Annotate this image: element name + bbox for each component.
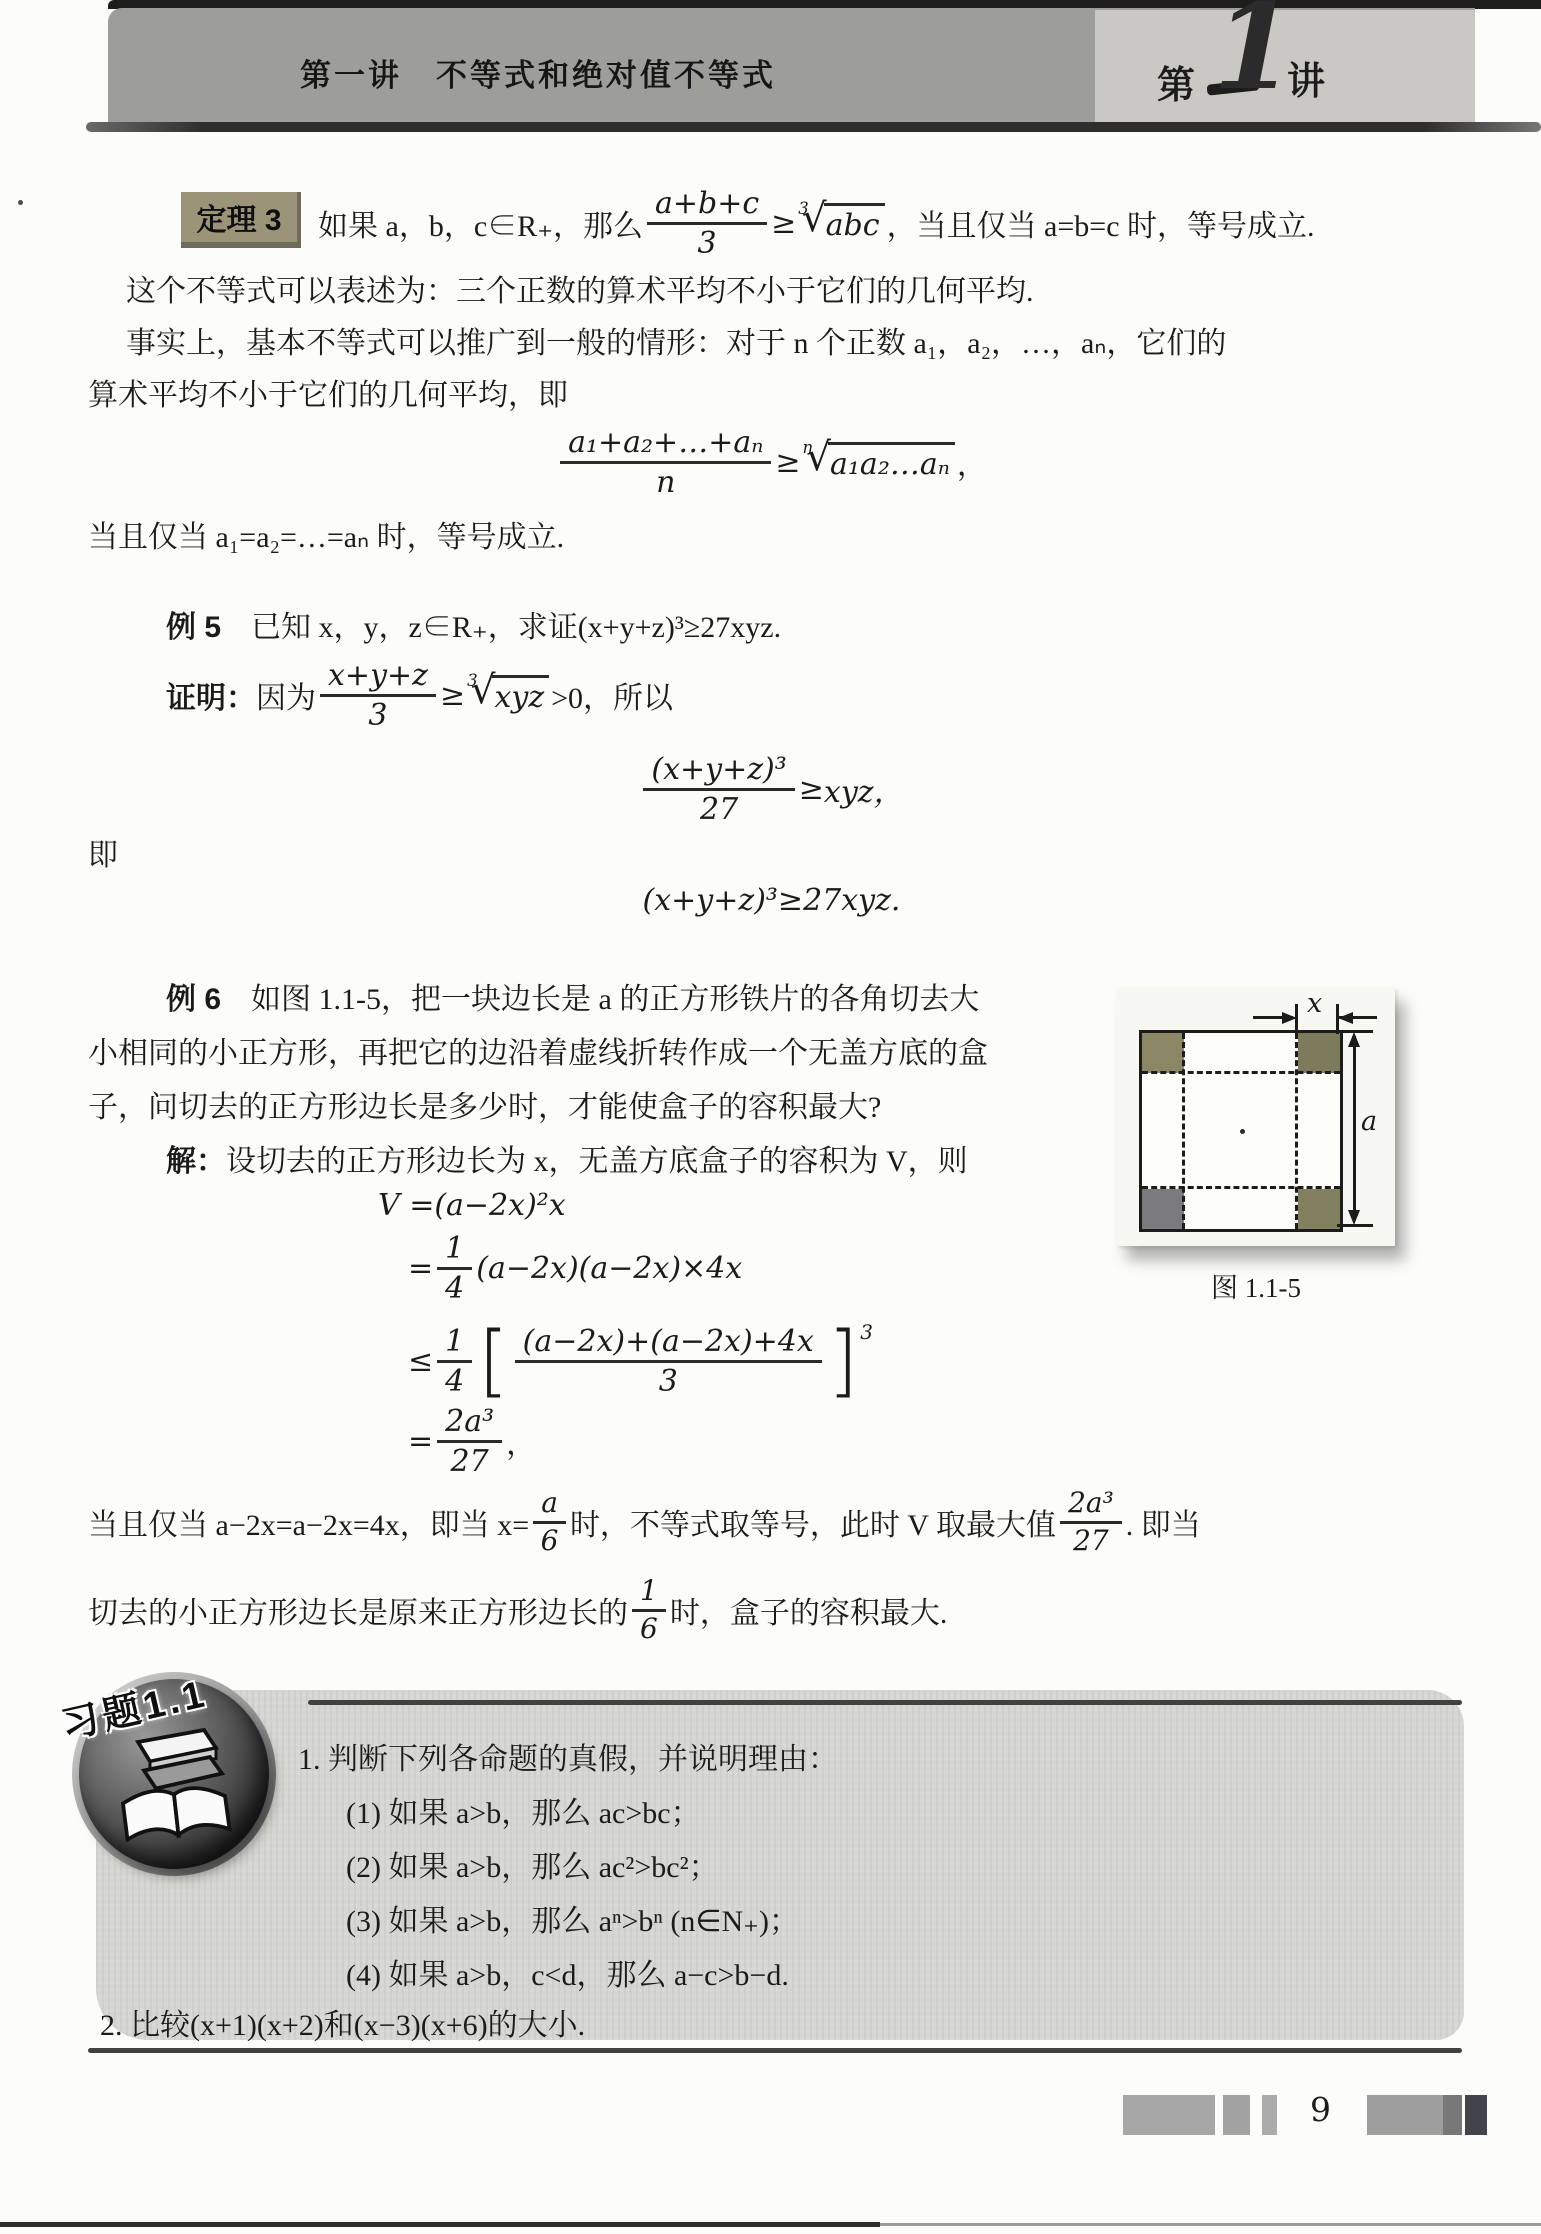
theorem3-relation: ≥: [771, 206, 796, 241]
example5-statement: 已知 x，y，z∈R₊，求证(x+y+z)³≥27xyz.: [251, 611, 781, 644]
proof-cube-root: 3 √ xyz: [467, 675, 549, 715]
exercise-q2: 2. 比较(x+1)(x+2)和(x−3)(x+6)的大小.: [100, 2006, 585, 2046]
step4-result-fraction: 2a³ 27: [437, 1405, 502, 1478]
dim-a-arrowhead-up: [1348, 1032, 1360, 1047]
step4-equals: =: [408, 1424, 433, 1459]
gm-nth-root: n √ a₁a₂…aₙ: [803, 442, 955, 482]
example6-label: 例 6: [166, 983, 221, 1016]
gm-relation: ≥: [775, 445, 800, 480]
example6-line2: 小相同的小正方形，再把它的边沿着虚线折转作成一个无盖方底的盒: [88, 1034, 988, 1074]
dim-a-arrowhead-down: [1348, 1210, 1360, 1225]
exercise-q1-item: (2) 如果 a>b，那么 ac²>bc²；: [346, 1848, 719, 1888]
step3-right-bracket: ]: [828, 1328, 858, 1394]
proof-post: >0，所以: [551, 673, 673, 717]
conclusion-1a: 当且仅当 a−2x=a−2x=4x，即当 x=: [88, 1500, 529, 1544]
center-dot: [1240, 1129, 1245, 1134]
exercise-bottom-rule: [88, 2048, 1462, 2053]
conclusion-line2: 切去的小正方形边长是原来正方形边长的 1 6 时，盒子的容积最大.: [88, 1566, 947, 1654]
proof-label: 证明：: [166, 673, 256, 717]
theorem3-badge: 定理 3: [181, 192, 301, 248]
e5f1-relation: ≥: [799, 772, 824, 807]
corner-square-bottom-left: [1142, 1189, 1184, 1229]
corner-char-jiang: 讲: [1287, 50, 1325, 105]
fold-line-left: [1182, 1033, 1185, 1229]
page-number: 9: [1310, 2090, 1331, 2129]
exercise-q1-item: (4) 如果 a>b，c<d，那么 a−c>b−d.: [346, 1956, 789, 1996]
theorem3-remark: 这个不等式可以表述为：三个正数的算术平均不小于它们的几何平均.: [126, 272, 1034, 312]
dim-a-arrow-line: [1353, 1036, 1356, 1220]
theorem3-pre: 如果 a，b，c∈R₊，那么: [318, 201, 643, 245]
general-line1: 事实上，基本不等式可以推广到一般的情形：对于 n 个正数 a₁，a₂，…，aₙ，…: [126, 324, 1226, 364]
proof-relation: ≥: [440, 678, 465, 713]
general-line3: 当且仅当 a₁=a₂=…=aₙ 时，等号成立.: [88, 518, 564, 558]
scan-artifact-dot: [18, 200, 23, 205]
corner-square-top-left: [1142, 1033, 1184, 1073]
derivation-step1: V =(a−2x)²x: [378, 1186, 566, 1226]
fold-line-bottom: [1142, 1186, 1340, 1189]
derivation-step2: = 1 4 (a−2x)(a−2x)×4x: [408, 1228, 742, 1308]
footer-block-4: [1367, 2095, 1443, 2135]
chapter-corner-box: 第 1 讲: [1095, 10, 1475, 122]
textbook-page: 第一讲 不等式和绝对值不等式 第 1 讲 定理 3 如果 a，b，c∈R₊，那么…: [0, 0, 1541, 2234]
example5-proof-line: 证明： 因为 x+y+z 3 ≥ 3 √ xyz >0，所以: [166, 652, 673, 738]
e5f1-fraction: (x+y+z)³ 27: [643, 753, 794, 826]
conclusion-2a: 切去的小正方形边长是原来正方形边长的: [88, 1588, 628, 1632]
theorem3-line: 如果 a，b，c∈R₊，那么 a+b+c 3 ≥ 3 √ abc ，当且仅当 a…: [318, 184, 1315, 262]
dim-x-arrowhead-right: [1282, 1012, 1297, 1024]
step3-inner-fraction: (a−2x)+(a−2x)+4x 3: [515, 1325, 822, 1398]
dim-x-label: x: [1307, 988, 1322, 1019]
proof-fraction: x+y+z 3: [320, 659, 436, 732]
step4-tail: ，: [506, 1419, 536, 1463]
derivation-step4: = 2a³ 27 ，: [408, 1398, 536, 1484]
square-sheet-diagram: [1139, 1030, 1343, 1232]
example5-formula2: (x+y+z)³≥27xyz.: [88, 878, 1455, 922]
example5-heading: 例 5 已知 x，y，z∈R₊，求证(x+y+z)³≥27xyz.: [166, 608, 781, 648]
conclusion-1c: . 即当: [1126, 1500, 1201, 1544]
solution-text: 设切去的正方形边长为 x，无盖方底盒子的容积为 V，则: [226, 1145, 968, 1178]
step2-equals: =: [408, 1251, 433, 1286]
conclusion-frac-max: 2a³ 27: [1060, 1488, 1122, 1557]
theorem3-post: ，当且仅当 a=b=c 时，等号成立.: [887, 201, 1315, 245]
exercise-top-rule: [308, 1700, 1462, 1705]
conclusion-frac-16: 1 6: [632, 1576, 666, 1645]
general-line2: 算术平均不小于它们的几何平均，即: [88, 376, 568, 416]
step3-left-bracket: [: [478, 1328, 508, 1394]
example6-line3: 子，问切去的正方形边长是多少时，才能使盒子的容积最大?: [88, 1088, 881, 1128]
corner-char-di: 第: [1157, 54, 1195, 109]
proof-pre: 因为: [256, 673, 316, 717]
example5-label: 例 5: [166, 611, 221, 644]
conclusion-frac-a6: a 6: [533, 1488, 566, 1557]
corner-square-bottom-right: [1298, 1189, 1340, 1229]
conclusion-line1: 当且仅当 a−2x=a−2x=4x，即当 x= a 6 时，不等式取等号，此时 …: [88, 1478, 1201, 1566]
fold-line-right: [1295, 1033, 1298, 1229]
e5f1-rhs: xyz，: [824, 767, 904, 811]
solution-label: 解：: [166, 1145, 226, 1178]
step2-expression: (a−2x)(a−2x)×4x: [476, 1251, 742, 1286]
theorem3-cube-root: 3 √ abc: [798, 203, 884, 243]
footer-block-3: [1262, 2095, 1277, 2135]
example6-heading: 例 6 如图 1.1-5，把一块边长是 a 的正方形铁片的各角切去大: [166, 980, 979, 1020]
footer-block-1: [1123, 2095, 1215, 2135]
conclusion-2b: 时，盒子的容积最大.: [670, 1588, 948, 1632]
footer-block-2: [1223, 2095, 1250, 2135]
exercise-q1-item: (3) 如果 a>b，那么 aⁿ>bⁿ (n∈N₊)；: [346, 1902, 799, 1942]
example5-formula1: (x+y+z)³ 27 ≥ xyz，: [88, 740, 1455, 838]
exercise-q1: 1. 判断下列各命题的真假，并说明理由：: [298, 1740, 838, 1780]
dim-x-arrowhead-left: [1338, 1012, 1353, 1024]
step3-relation: ≤: [408, 1344, 433, 1379]
gm-tail: ，: [957, 440, 987, 484]
figure-caption: 图 1.1-5: [1117, 1266, 1395, 1305]
step3-cube-exponent: 3: [860, 1320, 873, 1344]
figure-card: x a: [1117, 988, 1395, 1246]
step3-quarter-fraction: 1 4: [437, 1325, 472, 1398]
bottom-scan-line-light: [880, 2223, 1541, 2226]
header-shadow-line: [86, 122, 1541, 132]
theorem3-fraction: a+b+c 3: [647, 187, 767, 260]
corner-square-top-right: [1298, 1033, 1340, 1073]
corner-big-number: 1: [1213, 0, 1295, 106]
example6-solution-line: 解：设切去的正方形边长为 x，无盖方底盒子的容积为 V，则: [166, 1142, 968, 1182]
footer-block-5: [1443, 2095, 1462, 2135]
word-then: 即: [88, 836, 118, 876]
footer-block-6: [1465, 2095, 1487, 2135]
fold-line-top: [1142, 1071, 1340, 1074]
exercise-q1-item: (1) 如果 a>b，那么 ac>bc；: [346, 1794, 701, 1834]
bottom-scan-line-dark: [0, 2222, 880, 2227]
example6-line1: 如图 1.1-5，把一块边长是 a 的正方形铁片的各角切去大: [251, 983, 979, 1016]
gm-fraction: a₁+a₂+…+aₙ n: [560, 426, 771, 499]
conclusion-1b: 时，不等式取等号，此时 V 取最大值: [570, 1500, 1056, 1544]
dim-a-label: a: [1361, 1106, 1377, 1137]
step2-quarter-fraction: 1 4: [437, 1232, 472, 1305]
general-mean-formula: a₁+a₂+…+aₙ n ≥ n √ a₁a₂…aₙ ，: [88, 418, 1455, 506]
chapter-title: 第一讲 不等式和绝对值不等式: [300, 50, 776, 95]
